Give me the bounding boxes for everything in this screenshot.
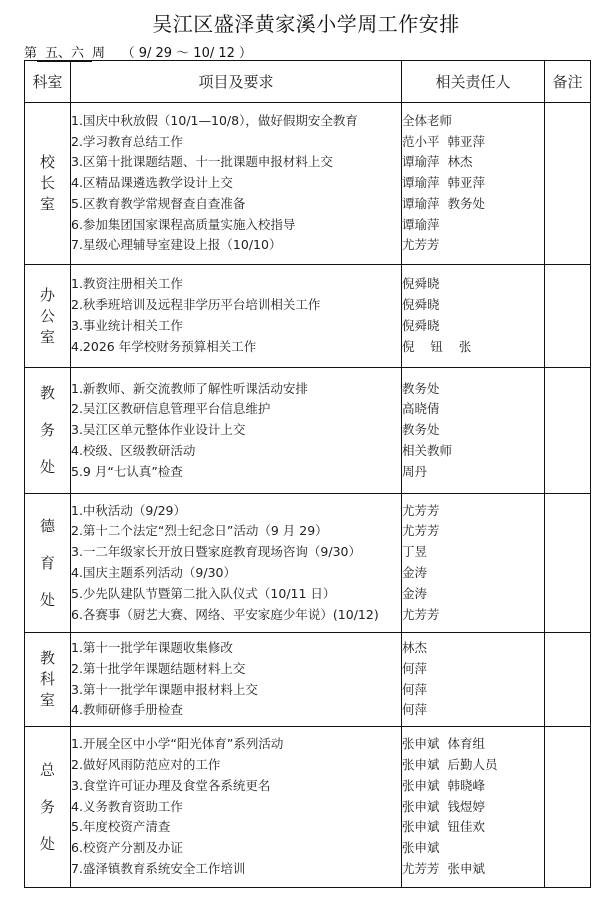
task-item: 1.新教师、新交流教师了解性听课活动安排 [71,379,401,400]
task-item: 7.星级心理辅导室建设上报（10/10） [71,235,401,256]
responsible-person: 尤芳芳 [402,501,544,522]
items-cell: 1.中秋活动（9/29）2.第十二个法定“烈士纪念日”活动（9 月 29）3.一… [71,494,402,633]
task-item: 1.国庆中秋放假（10/1—10/8），做好假期安全教育 [71,111,401,132]
responsible-person: 尤芳芳 张申斌 [402,859,544,880]
responsible-person: 金涛 [402,584,544,605]
responsible-person: 范小平 韩亚萍 [402,132,544,153]
dept-char: 室 [40,327,55,348]
dept-char: 务 [40,797,55,818]
table-row: 校长室1.国庆中秋放假（10/1—10/8），做好假期安全教育2.学习教育总结工… [25,103,591,265]
page-title: 吴江区盛泽黄家溪小学周工作安排 [0,8,612,37]
table-row: 德育处1.中秋活动（9/29）2.第十二个法定“烈士纪念日”活动（9 月 29）… [25,494,591,633]
task-item: 5.9 月“七认真”检查 [71,462,401,483]
dept-char: 长 [40,173,55,194]
dept-name: 办公室 [40,285,55,348]
dept-name: 德育处 [40,508,55,619]
task-item: 5.区教育教学常规督查自查准备 [71,194,401,215]
dept-cell: 总务处 [25,727,71,888]
dept-char: 教 [40,648,55,669]
responsible-person: 倪舜晓 [402,295,544,316]
task-item: 2.秋季班培训及远程非学历平台培训相关工作 [71,295,401,316]
items-cell: 1.开展全区中小学“阳光体育”系列活动2.做好风雨防范应对的工作3.食堂许可证办… [71,727,402,888]
task-item: 4.国庆主题系列活动（9/30） [71,563,401,584]
dept-char: 教 [40,383,55,404]
schedule-body: 校长室1.国庆中秋放假（10/1—10/8），做好假期安全教育2.学习教育总结工… [25,103,591,888]
schedule-table: 科室 项目及要求 相关责任人 备注 校长室1.国庆中秋放假（10/1—10/8）… [24,60,591,888]
task-item: 6.各赛事（厨艺大赛、网络、平安家庭少年说）(10/12) [71,605,401,626]
dept-name: 教务处 [40,375,55,486]
responsible-person: 何萍 [402,659,544,680]
dept-char: 室 [40,194,55,215]
responsible-person: 倪 钮 张 [402,337,544,358]
date-range: （ 9/ 29 ～ 10/ 12 ） [122,46,252,61]
dept-char: 总 [40,760,55,781]
responsible-person: 张申斌 体育组 [402,734,544,755]
people-cell: 教务处高晓倩教务处相关教师周丹 [402,368,545,494]
dept-cell: 教科室 [25,633,71,727]
task-item: 1.第十一批学年课题收集修改 [71,638,401,659]
week-prefix: 第 [24,46,37,61]
task-item: 4.义务教育资助工作 [71,797,401,818]
responsible-person: 谭瑜萍 林杰 [402,152,544,173]
people-cell: 全体老师范小平 韩亚萍谭瑜萍 林杰谭瑜萍 韩亚萍谭瑜萍 教务处谭瑜萍尤芳芳 [402,103,545,265]
responsible-person: 张申斌 [402,838,544,859]
dept-char: 务 [40,420,55,441]
dept-char: 办 [40,285,55,306]
header-people: 相关责任人 [402,61,545,103]
responsible-person: 谭瑜萍 [402,215,544,236]
responsible-person: 金涛 [402,563,544,584]
table-row: 教科室1.第十一批学年课题收集修改2.第十批学年课题结题材料上交3.第十一批学年… [25,633,591,727]
dept-char: 育 [40,553,55,574]
responsible-person: 相关教师 [402,441,544,462]
task-item: 4.区精品课遴选教学设计上交 [71,173,401,194]
task-item: 3.食堂许可证办理及食堂各系统更名 [71,776,401,797]
task-item: 1.教资注册相关工作 [71,274,401,295]
task-item: 2.第十二个法定“烈士纪念日”活动（9 月 29） [71,521,401,542]
task-item: 2.吴江区教研信息管理平台信息维护 [71,399,401,420]
note-cell [545,494,591,633]
table-row: 总务处1.开展全区中小学“阳光体育”系列活动2.做好风雨防范应对的工作3.食堂许… [25,727,591,888]
responsible-person: 丁昱 [402,542,544,563]
task-item: 2.做好风雨防范应对的工作 [71,755,401,776]
dept-name: 教科室 [40,648,55,711]
items-cell: 1.第十一批学年课题收集修改2.第十批学年课题结题材料上交3.第十一批学年课题申… [71,633,402,727]
header-row: 科室 项目及要求 相关责任人 备注 [25,61,591,103]
task-item: 6.校资产分割及办证 [71,838,401,859]
responsible-person: 周丹 [402,462,544,483]
task-item: 3.一二年级家长开放日暨家庭教育现场咨询（9/30） [71,542,401,563]
dept-cell: 校长室 [25,103,71,265]
task-item: 7.盛泽镇教育系统安全工作培训 [71,859,401,880]
dept-cell: 德育处 [25,494,71,633]
note-cell [545,265,591,368]
task-item: 4.2026 年学校财务预算相关工作 [71,337,401,358]
responsible-person: 林杰 [402,638,544,659]
responsible-person: 何萍 [402,680,544,701]
responsible-person: 张申斌 钮佳欢 [402,817,544,838]
dept-char: 校 [40,152,55,173]
dept-char: 公 [40,306,55,327]
task-item: 2.学习教育总结工作 [71,132,401,153]
header-note: 备注 [545,61,591,103]
responsible-person: 全体老师 [402,111,544,132]
note-cell [545,633,591,727]
responsible-person: 倪舜晓 [402,316,544,337]
items-cell: 1.国庆中秋放假（10/1—10/8），做好假期安全教育2.学习教育总结工作3.… [71,103,402,265]
task-item: 1.开展全区中小学“阳光体育”系列活动 [71,734,401,755]
note-cell [545,103,591,265]
dept-name: 校长室 [40,152,55,215]
dept-char: 处 [40,834,55,855]
people-cell: 倪舜晓倪舜晓倪舜晓倪 钮 张 [402,265,545,368]
responsible-person: 张申斌 后勤人员 [402,755,544,776]
dept-char: 德 [40,516,55,537]
people-cell: 张申斌 体育组张申斌 后勤人员张申斌 韩晓峰张申斌 钱煜婷张申斌 钮佳欢张申斌尤… [402,727,545,888]
header-dept: 科室 [25,61,71,103]
table-row: 教务处1.新教师、新交流教师了解性听课活动安排2.吴江区教研信息管理平台信息维护… [25,368,591,494]
dept-char: 处 [40,590,55,611]
task-item: 3.第十一批学年课题申报材料上交 [71,680,401,701]
task-item: 3.区第十批课题结题、十一批课题申报材料上交 [71,152,401,173]
responsible-person: 张申斌 韩晓峰 [402,776,544,797]
task-item: 4.校级、区级教研活动 [71,441,401,462]
responsible-person: 教务处 [402,379,544,400]
task-item: 1.中秋活动（9/29） [71,501,401,522]
items-cell: 1.新教师、新交流教师了解性听课活动安排2.吴江区教研信息管理平台信息维护3.吴… [71,368,402,494]
dept-cell: 教务处 [25,368,71,494]
note-cell [545,727,591,888]
task-item: 5.年度校资产清查 [71,817,401,838]
people-cell: 尤芳芳尤芳芳丁昱金涛金涛尤芳芳 [402,494,545,633]
header-items: 项目及要求 [71,61,402,103]
table-row: 办公室1.教资注册相关工作2.秋季班培训及远程非学历平台培训相关工作3.事业统计… [25,265,591,368]
responsible-person: 张申斌 钱煜婷 [402,797,544,818]
task-item: 3.事业统计相关工作 [71,316,401,337]
responsible-person: 尤芳芳 [402,605,544,626]
responsible-person: 尤芳芳 [402,235,544,256]
responsible-person: 倪舜晓 [402,274,544,295]
task-item: 6.参加集团国家课程高质量实施入校指导 [71,215,401,236]
responsible-person: 教务处 [402,420,544,441]
responsible-person: 谭瑜萍 韩亚萍 [402,173,544,194]
dept-char: 科 [40,669,55,690]
dept-char: 室 [40,690,55,711]
week-suffix: 周 [92,46,105,61]
dept-name: 总务处 [40,752,55,863]
task-item: 3.吴江区单元整体作业设计上交 [71,420,401,441]
task-item: 4.教师研修手册检查 [71,700,401,721]
responsible-person: 谭瑜萍 教务处 [402,194,544,215]
responsible-person: 何萍 [402,700,544,721]
responsible-person: 高晓倩 [402,399,544,420]
task-item: 5.少先队建队节暨第二批入队仪式（10/11 日） [71,584,401,605]
dept-cell: 办公室 [25,265,71,368]
responsible-person: 尤芳芳 [402,521,544,542]
task-item: 2.第十批学年课题结题材料上交 [71,659,401,680]
people-cell: 林杰何萍何萍何萍 [402,633,545,727]
week-line: 第五、六周 （ 9/ 29 ～ 10/ 12 ） [24,42,252,62]
note-cell [545,368,591,494]
dept-char: 处 [40,457,55,478]
items-cell: 1.教资注册相关工作2.秋季班培训及远程非学历平台培训相关工作3.事业统计相关工… [71,265,402,368]
